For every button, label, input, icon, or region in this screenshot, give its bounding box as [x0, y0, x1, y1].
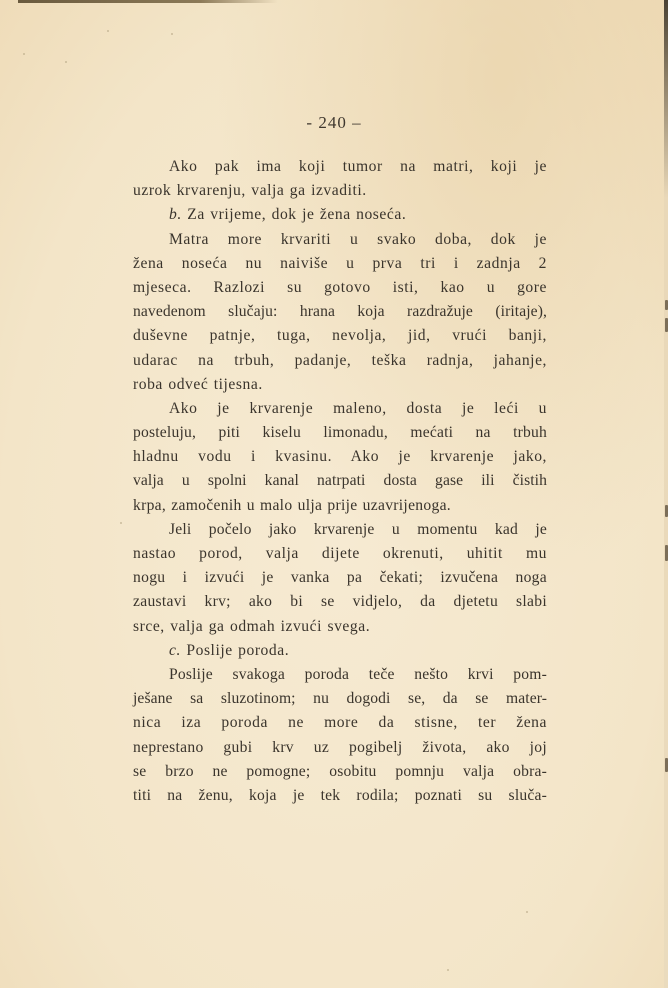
- text-line: žena noseća nu naiviše u prva tri i zadn…: [133, 252, 547, 276]
- section-heading-b: b. Za vrijeme, dok je žena noseća.: [133, 203, 547, 227]
- section-marker: c.: [169, 642, 181, 659]
- text-line: duševne patnje, tuga, nevolja, jid, vruć…: [133, 324, 547, 348]
- text-line: nogu i izvući je vanka pa čekati; izvuče…: [133, 566, 547, 590]
- paper-speck: [526, 911, 528, 913]
- text-line: uzrok krvarenju, valja ga izvaditi.: [133, 179, 547, 203]
- section-marker: b.: [169, 206, 182, 223]
- section-title: Poslije poroda.: [181, 642, 289, 659]
- page-top-edge-shadow: [18, 0, 278, 3]
- text-line: ješane sa sluzotinom; nu dogodi se, da s…: [133, 687, 547, 711]
- paper-speck: [447, 969, 449, 971]
- text-line: srce, valja ga odmah izvući svega.: [133, 615, 547, 639]
- text-line: nica iza poroda ne more da stisne, ter ž…: [133, 711, 547, 735]
- text-line: neprestano gubi krv uz pogibelj života, …: [133, 736, 547, 760]
- page-binding-edge: [664, 0, 668, 988]
- text-line: se brzo ne pomogne; osobitu pomnju valja…: [133, 760, 547, 784]
- text-line: nastao porod, valja dijete okrenuti, uhi…: [133, 542, 547, 566]
- text-line: krpa, zamočenih u malo ulja prije uzavri…: [133, 494, 547, 518]
- page-number: - 240 –: [0, 113, 668, 133]
- paper-speck: [171, 33, 173, 35]
- paper-speck: [23, 53, 25, 55]
- section-title: Za vrijeme, dok je žena noseća.: [182, 206, 407, 223]
- body-text: Ako pak ima koji tumor na matri, koji je…: [133, 155, 547, 808]
- text-line: titi na ženu, koja je tek rodila; poznat…: [133, 784, 547, 808]
- text-line: Jeli počelo jako krvarenje u momentu kad…: [133, 518, 547, 542]
- text-line: Ako pak ima koji tumor na matri, koji je: [133, 155, 547, 179]
- text-line: posteluju, piti kiselu limonadu, mećati …: [133, 421, 547, 445]
- section-heading-c: c. Poslije poroda.: [133, 639, 547, 663]
- paper-speck: [120, 522, 122, 524]
- paper-speck: [65, 61, 67, 63]
- text-line: roba odveć tijesna.: [133, 373, 547, 397]
- text-line: mjeseca. Razlozi su gotovo isti, kao u g…: [133, 276, 547, 300]
- text-line: navedenom slučaju: hrana koja razdražuje…: [133, 300, 547, 324]
- text-line: zaustavi krv; ako bi se vidjelo, da djet…: [133, 590, 547, 614]
- book-page: - 240 – Ako pak ima koji tumor na matri,…: [0, 0, 668, 988]
- paper-speck: [107, 30, 109, 32]
- text-line: hladnu vodu i kvasinu. Ako je krvarenje …: [133, 445, 547, 469]
- text-line: Matra more krvariti u svako doba, dok je: [133, 228, 547, 252]
- text-line: udarac na trbuh, padanje, teška radnja, …: [133, 349, 547, 373]
- text-line: valja u spolni kanal natrpati dosta gase…: [133, 469, 547, 493]
- text-line: Poslije svakoga poroda teče nešto krvi p…: [133, 663, 547, 687]
- text-line: Ako je krvarenje maleno, dosta je leći u: [133, 397, 547, 421]
